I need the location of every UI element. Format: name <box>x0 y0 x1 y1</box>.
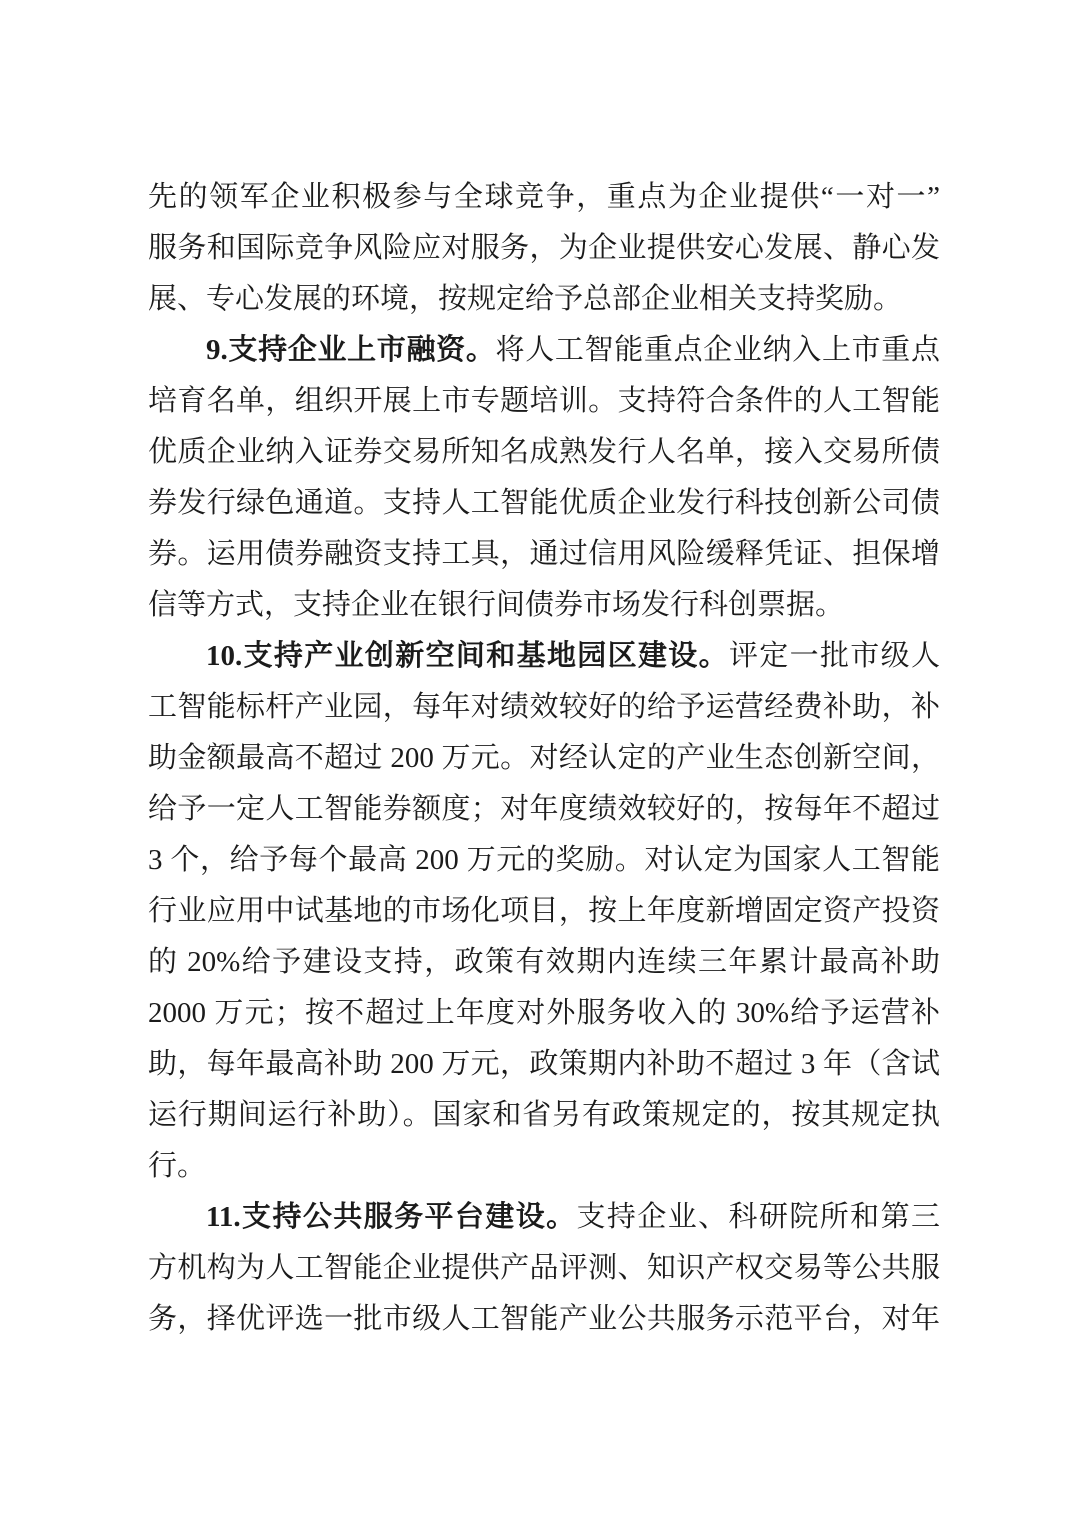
body-text: 的 20%给予建设支持，政策有效期内连续三年累计最高补助 <box>148 946 940 978</box>
body-text: 券发行绿色通道。支持人工智能优质企业发行科技创新公司债 <box>148 487 940 519</box>
text-line: 助，每年最高补助 200 万元，政策期内补助不超过 3 年（含试 <box>148 1039 940 1090</box>
body-text: 先的领军企业积极参与全球竞争，重点为企业提供“一对一” <box>148 181 940 213</box>
body-text: 行。 <box>148 1150 206 1182</box>
document-page: 先的领军企业积极参与全球竞争，重点为企业提供“一对一”服务和国际竞争风险应对服务… <box>0 0 1080 1527</box>
text-line: 优质企业纳入证券交易所知名成熟发行人名单，接入交易所债 <box>148 427 940 478</box>
text-line: 务，择优评选一批市级人工智能产业公共服务示范平台，对年 <box>148 1294 940 1345</box>
text-line: 展、专心发展的环境，按规定给予总部企业相关支持奖励。 <box>148 274 940 325</box>
text-line: 工智能标杆产业园，每年对绩效较好的给予运营经费补助，补 <box>148 682 940 733</box>
body-text: 优质企业纳入证券交易所知名成熟发行人名单，接入交易所债 <box>148 436 940 468</box>
text-line: 11.支持公共服务平台建设。支持企业、科研院所和第三 <box>148 1192 940 1243</box>
body-text: 展、专心发展的环境，按规定给予总部企业相关支持奖励。 <box>148 283 902 315</box>
text-line: 信等方式，支持企业在银行间债券市场发行科创票据。 <box>148 580 940 631</box>
body-text: 培育名单，组织开展上市专题培训。支持符合条件的人工智能 <box>148 385 940 417</box>
body-text: 方机构为人工智能企业提供产品评测、知识产权交易等公共服 <box>148 1252 940 1284</box>
text-line: 券发行绿色通道。支持人工智能优质企业发行科技创新公司债 <box>148 478 940 529</box>
text-line: 券。运用债券融资支持工具，通过信用风险缓释凭证、担保增 <box>148 529 940 580</box>
text-line: 2000 万元；按不超过上年度对外服务收入的 30%给予运营补 <box>148 988 940 1039</box>
body-text: 行业应用中试基地的市场化项目，按上年度新增固定资产投资 <box>148 895 940 927</box>
body-text: 3 个，给予每个最高 200 万元的奖励。对认定为国家人工智能 <box>148 844 940 876</box>
body-text: 服务和国际竞争风险应对服务，为企业提供安心发展、静心发 <box>148 232 940 264</box>
body-text: 支持企业、科研院所和第三 <box>577 1201 940 1233</box>
item-heading-text: 11.支持公共服务平台建设。 <box>206 1201 577 1233</box>
body-text: 信等方式，支持企业在银行间债券市场发行科创票据。 <box>148 589 844 621</box>
text-line: 先的领军企业积极参与全球竞争，重点为企业提供“一对一” <box>148 172 940 223</box>
text-line: 助金额最高不超过 200 万元。对经认定的产业生态创新空间， <box>148 733 940 784</box>
body-text: 将人工智能重点企业纳入上市重点 <box>496 334 940 366</box>
text-line: 服务和国际竞争风险应对服务，为企业提供安心发展、静心发 <box>148 223 940 274</box>
body-text: 券。运用债券融资支持工具，通过信用风险缓释凭证、担保增 <box>148 538 940 570</box>
text-line: 10.支持产业创新空间和基地园区建设。评定一批市级人 <box>148 631 940 682</box>
body-text: 2000 万元；按不超过上年度对外服务收入的 30%给予运营补 <box>148 997 940 1029</box>
text-line: 3 个，给予每个最高 200 万元的奖励。对认定为国家人工智能 <box>148 835 940 886</box>
text-line: 行业应用中试基地的市场化项目，按上年度新增固定资产投资 <box>148 886 940 937</box>
body-text: 给予一定人工智能券额度；对年度绩效较好的，按每年不超过 <box>148 793 940 825</box>
text-line: 运行期间运行补助）。国家和省另有政策规定的，按其规定执 <box>148 1090 940 1141</box>
body-text: 务，择优评选一批市级人工智能产业公共服务示范平台，对年 <box>148 1303 940 1335</box>
item-heading-text: 9.支持企业上市融资。 <box>206 334 496 366</box>
text-line: 培育名单，组织开展上市专题培训。支持符合条件的人工智能 <box>148 376 940 427</box>
body-text: 运行期间运行补助）。国家和省另有政策规定的，按其规定执 <box>148 1099 940 1131</box>
text-block: 先的领军企业积极参与全球竞争，重点为企业提供“一对一”服务和国际竞争风险应对服务… <box>148 172 940 1345</box>
body-text: 工智能标杆产业园，每年对绩效较好的给予运营经费补助，补 <box>148 691 940 723</box>
text-line: 方机构为人工智能企业提供产品评测、知识产权交易等公共服 <box>148 1243 940 1294</box>
text-line: 9.支持企业上市融资。将人工智能重点企业纳入上市重点 <box>148 325 940 376</box>
text-line: 行。 <box>148 1141 940 1192</box>
item-heading-text: 10.支持产业创新空间和基地园区建设。 <box>206 640 729 672</box>
body-text: 评定一批市级人 <box>729 640 940 672</box>
body-text: 助，每年最高补助 200 万元，政策期内补助不超过 3 年（含试 <box>148 1048 940 1080</box>
text-line: 给予一定人工智能券额度；对年度绩效较好的，按每年不超过 <box>148 784 940 835</box>
body-text: 助金额最高不超过 200 万元。对经认定的产业生态创新空间， <box>148 742 940 774</box>
text-line: 的 20%给予建设支持，政策有效期内连续三年累计最高补助 <box>148 937 940 988</box>
